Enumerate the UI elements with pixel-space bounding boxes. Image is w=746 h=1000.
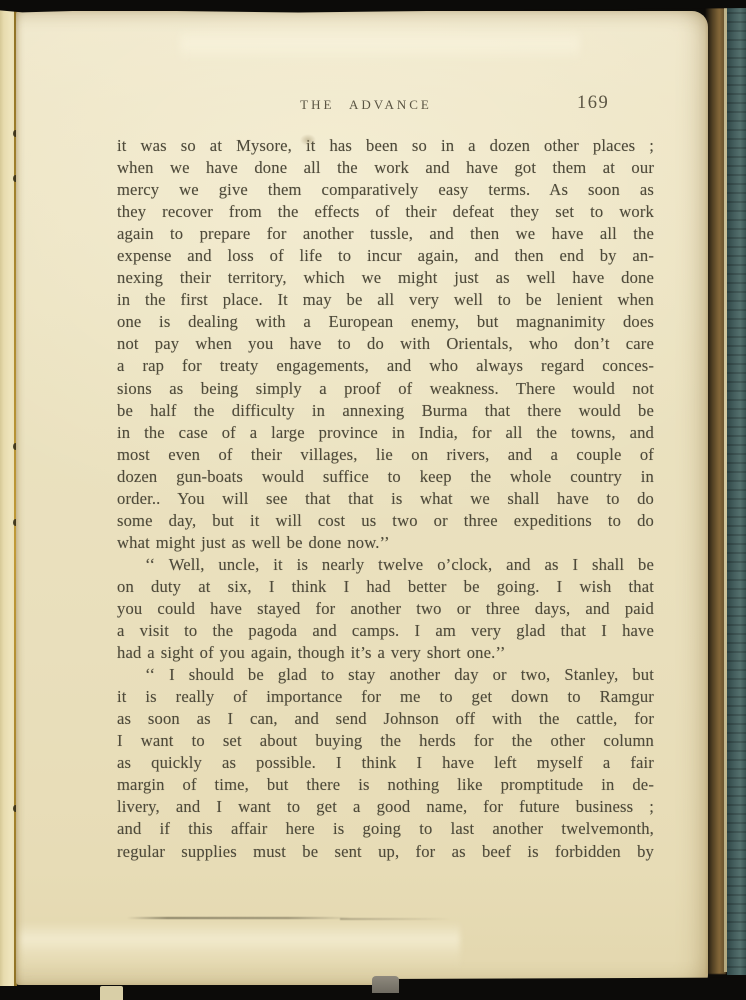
text-line: nexing their territory, which we might j… bbox=[117, 267, 654, 289]
text-line: you could have stayed for another two or… bbox=[117, 598, 654, 620]
text-line: some day, but it will cost us two or thr… bbox=[117, 510, 654, 532]
page-edges-left bbox=[0, 3, 17, 997]
text-line: again to prepare for another tussle, and… bbox=[117, 223, 654, 245]
text-line: on duty at six, I think I had better be … bbox=[117, 576, 654, 598]
text-line: dozen gun-boats would suffice to keep th… bbox=[117, 466, 654, 488]
text-line: sions as being simply a proof of weaknes… bbox=[117, 378, 654, 400]
text-line: expense and loss of life to incur again,… bbox=[117, 245, 654, 267]
text-line: as quickly as possible. I think I have l… bbox=[117, 752, 654, 774]
text-line: what might just as well be done now.’’ bbox=[117, 532, 654, 554]
book-cover-edge bbox=[727, 5, 746, 975]
page-body-text: it was so at Mysore, it has been so in a… bbox=[117, 135, 654, 863]
book-page: THE ADVANCE 169 it was so at Mysore, it … bbox=[16, 11, 708, 985]
paper-smudge-dot bbox=[300, 134, 316, 146]
book-scan: { "colors": { "paper": "#ebe2c0", "paper… bbox=[0, 0, 746, 1000]
text-line: it is really of importance for me to get… bbox=[117, 686, 654, 708]
text-line: a visit to the pagoda and camps. I am ve… bbox=[117, 620, 654, 642]
text-line: margin of time, but there is nothing lik… bbox=[117, 774, 654, 796]
text-line: in the case of a large province in India… bbox=[117, 422, 654, 444]
text-line: not pay when you have to do with Orienta… bbox=[117, 333, 654, 355]
scan-light-streak-top bbox=[180, 28, 580, 62]
text-line: I want to set about buying the herds for… bbox=[117, 730, 654, 752]
page-number: 169 bbox=[577, 93, 609, 114]
text-line: it was so at Mysore, it has been so in a… bbox=[117, 135, 654, 157]
paragraph: it was so at Mysore, it has been so in a… bbox=[117, 135, 654, 554]
text-line: and if this affair here is going to last… bbox=[117, 818, 654, 840]
paragraph: ‘‘ Well, uncle, it is nearly twelve o’cl… bbox=[117, 554, 654, 664]
text-line: be half the difficulty in annexing Burma… bbox=[117, 400, 654, 422]
text-line: order.. You will see that that is what w… bbox=[117, 488, 654, 510]
text-line: a rap for treaty engagements, and who al… bbox=[117, 355, 654, 377]
text-line: mercy we give them comparatively easy te… bbox=[117, 179, 654, 201]
text-line: they recover from the effects of their d… bbox=[117, 201, 654, 223]
page-edge-right bbox=[705, 8, 726, 974]
text-line: regular supplies must be sent up, for as… bbox=[117, 841, 654, 863]
page-corner-notch bbox=[100, 986, 123, 1000]
scan-smudge-line bbox=[127, 917, 351, 919]
scanner-tab bbox=[372, 976, 399, 993]
scan-light-streak-bottom bbox=[20, 922, 460, 970]
text-line: ‘‘ I should be glad to stay another day … bbox=[117, 664, 654, 686]
text-line: in the first place. It may be all very w… bbox=[117, 289, 654, 311]
text-line: when we have done all the work and have … bbox=[117, 157, 654, 179]
scan-smudge-line-faint bbox=[340, 918, 450, 920]
text-line: had a sight of you again, though it’s a … bbox=[117, 642, 654, 664]
text-line: as soon as I can, and send Johnson off w… bbox=[117, 708, 654, 730]
text-line: livery, and I want to get a good name, f… bbox=[117, 796, 654, 818]
paragraph: ‘‘ I should be glad to stay another day … bbox=[117, 664, 654, 862]
text-line: most even of their villages, lie on rive… bbox=[117, 444, 654, 466]
running-header-title: THE ADVANCE bbox=[266, 97, 466, 113]
text-line: one is dealing with a European enemy, bu… bbox=[117, 311, 654, 333]
text-line: ‘‘ Well, uncle, it is nearly twelve o’cl… bbox=[117, 554, 654, 576]
